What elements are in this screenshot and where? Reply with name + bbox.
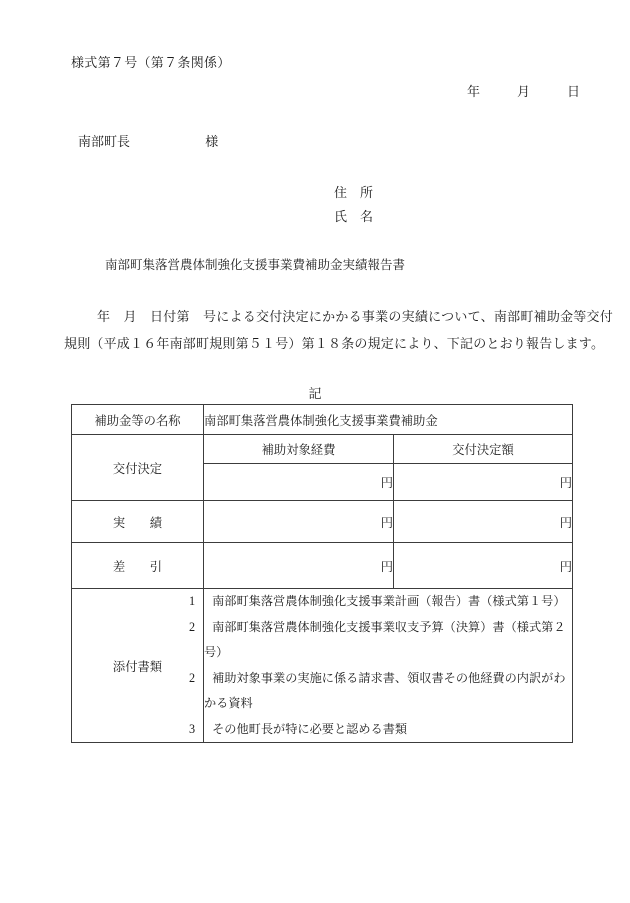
date-line: 年 月 日 xyxy=(467,81,580,100)
attachment-item-1: 1南部町集落営農体制強化支援事業計画（報告）書（様式第１号） xyxy=(204,589,572,615)
difference-row: 差 引 円 円 xyxy=(72,543,573,589)
page: 様式第７号（第７条関係） 年 月 日 南部町長 様 住 所 氏 名 南部町集落営… xyxy=(0,0,630,903)
month-label: 月 xyxy=(517,81,530,100)
attachment-number: 1 xyxy=(189,594,195,608)
subsidy-name-value: 南部町集落営農体制強化支援事業費補助金 xyxy=(204,405,573,435)
actual-row: 実 績 円 円 xyxy=(72,501,573,543)
decision-amount-header-cell: 交付決定額 xyxy=(394,435,573,464)
difference-expense-amount-cell: 円 xyxy=(204,543,394,589)
addressee-line: 南部町長 様 xyxy=(78,131,218,150)
attachment-text: その他町長が特に必要と認める書類 xyxy=(212,722,407,736)
sender-address-label: 住 所 xyxy=(334,181,373,205)
attachment-number: 2 xyxy=(189,620,195,634)
grant-decision-label: 交付決定 xyxy=(72,435,204,501)
subsidy-name-row: 補助金等の名称 南部町集落営農体制強化支援事業費補助金 xyxy=(72,405,573,435)
record-marker: 記 xyxy=(0,383,630,402)
year-label: 年 xyxy=(467,81,480,100)
report-table: 補助金等の名称 南部町集落営農体制強化支援事業費補助金 交付決定 補助対象経費 … xyxy=(71,404,573,743)
attachment-item-4: 3その他町長が特に必要と認める書類 xyxy=(204,717,572,743)
addressee-name: 南部町長 xyxy=(78,134,130,149)
decision-expense-amount-cell: 円 xyxy=(204,464,394,501)
document-title: 南部町集落営農体制強化支援事業費補助金実績報告書 xyxy=(105,255,405,273)
attachments-row: 添付書類 1南部町集落営農体制強化支援事業計画（報告）書（様式第１号） 2南部町… xyxy=(72,589,573,743)
attachment-item-2: 2南部町集落営農体制強化支援事業収支予算（決算）書（様式第２号） xyxy=(204,615,572,666)
addressee-honorific: 様 xyxy=(205,134,218,149)
difference-amount-cell: 円 xyxy=(394,543,573,589)
body-paragraph: 年 月 日付第 号による交付決定にかかる事業の実績について、南部町補助金等交付規… xyxy=(64,303,613,357)
sender-block: 住 所 氏 名 xyxy=(334,181,373,229)
actual-label: 実 績 xyxy=(72,501,204,543)
day-label: 日 xyxy=(567,81,580,100)
attachments-list: 1南部町集落営農体制強化支援事業計画（報告）書（様式第１号） 2南部町集落営農体… xyxy=(204,589,573,743)
attachment-number: 3 xyxy=(189,722,195,736)
attachment-text: 補助対象事業の実施に係る請求書、領収書その他経費の内訳がわかる資料 xyxy=(204,671,566,711)
attachment-text: 南部町集落営農体制強化支援事業収支予算（決算）書（様式第２号） xyxy=(204,620,566,660)
form-number: 様式第７号（第７条関係） xyxy=(71,52,231,71)
grant-decision-header-row: 交付決定 補助対象経費 交付決定額 xyxy=(72,435,573,464)
attachment-text: 南部町集落営農体制強化支援事業計画（報告）書（様式第１号） xyxy=(212,594,565,608)
subsidy-name-label: 補助金等の名称 xyxy=(72,405,204,435)
sender-name-label: 氏 名 xyxy=(334,205,373,229)
expense-header-cell: 補助対象経費 xyxy=(204,435,394,464)
actual-amount-cell: 円 xyxy=(394,501,573,543)
difference-label: 差 引 xyxy=(72,543,204,589)
attachment-number: 2 xyxy=(189,671,195,685)
actual-expense-amount-cell: 円 xyxy=(204,501,394,543)
decision-amount-cell: 円 xyxy=(394,464,573,501)
attachment-item-3: 2補助対象事業の実施に係る請求書、領収書その他経費の内訳がわかる資料 xyxy=(204,666,572,717)
attachments-label: 添付書類 xyxy=(72,589,204,743)
